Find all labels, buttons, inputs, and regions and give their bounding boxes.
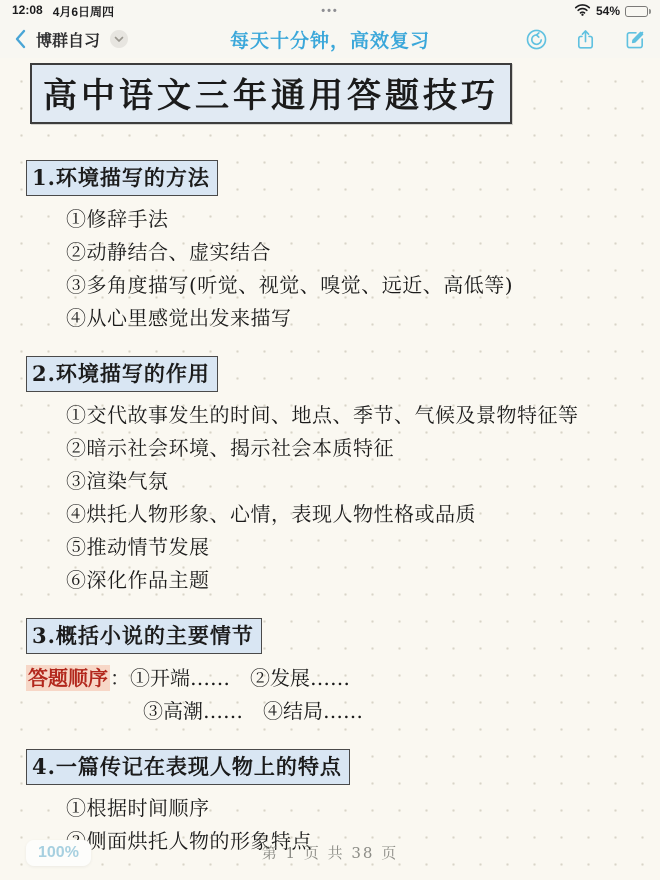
list-item: ⑤推动情节发展 xyxy=(66,531,660,564)
nav-bar: 博群自习 每天十分钟，高效复习 xyxy=(0,20,660,58)
note-page[interactable]: 高中语文三年通用答题技巧 1.环境描写的方法 ①修辞手法 ②动静结合、虚实结合 … xyxy=(0,58,660,880)
section-env-methods: 1.环境描写的方法 ①修辞手法 ②动静结合、虚实结合 ③多角度描写(听觉、视觉、… xyxy=(0,160,660,335)
list-item: ④从心里感觉出发来描写 xyxy=(66,302,660,335)
list-item: ③渲染气氛 xyxy=(66,465,660,498)
section-heading: 4.一篇传记在表现人物上的特点 xyxy=(26,749,350,785)
section-heading: 2.环境描写的作用 xyxy=(26,356,218,392)
status-time: 12:08 xyxy=(12,3,43,20)
list-item: ⑥深化作品主题 xyxy=(66,564,660,597)
battery-percent: 54% xyxy=(596,4,620,18)
answer-order-colon: ： xyxy=(110,666,130,690)
answer-order-label: 答题顺序 xyxy=(26,665,110,691)
undo-icon[interactable] xyxy=(525,28,548,51)
ipad-screen: 12:08 4月6日周四 ••• 54% xyxy=(0,0,660,880)
section-env-functions: 2.环境描写的作用 ①交代故事发生的时间、地点、季节、气候及景物特征等 ②暗示社… xyxy=(0,356,660,597)
wifi-icon xyxy=(574,3,591,19)
banner-text: 每天十分钟，高效复习 xyxy=(204,26,456,53)
answer-line: ③高潮…… ④结局…… xyxy=(143,695,660,728)
back-button[interactable] xyxy=(14,29,26,49)
list-item: ②动静结合、虚实结合 xyxy=(66,236,660,269)
answer-line: ①开端…… ②发展…… xyxy=(130,666,350,690)
list-item: ③多角度描写(听觉、视觉、嗅觉、远近、高低等) xyxy=(66,269,660,302)
document-title[interactable]: 博群自习 xyxy=(36,28,100,51)
compose-icon[interactable] xyxy=(623,28,646,51)
list-item: ①根据时间顺序 xyxy=(66,792,660,825)
section-heading: 1.环境描写的方法 xyxy=(26,160,218,196)
list-item: ①交代故事发生的时间、地点、季节、气候及景物特征等 xyxy=(66,399,660,432)
battery-icon xyxy=(625,6,648,17)
section-plot-summary: 3.概括小说的主要情节 答题顺序：①开端…… ②发展…… ③高潮…… ④结局…… xyxy=(0,618,660,728)
section-heading: 3.概括小说的主要情节 xyxy=(26,618,262,654)
status-bar: 12:08 4月6日周四 ••• 54% xyxy=(0,0,660,20)
page-title: 高中语文三年通用答题技巧 xyxy=(30,63,512,124)
list-item: ④烘托人物形象、心情，表现人物性格或品质 xyxy=(66,498,660,531)
multitask-indicator[interactable]: ••• xyxy=(232,5,428,17)
list-item: ②暗示社会环境、揭示社会本质特征 xyxy=(66,432,660,465)
share-icon[interactable] xyxy=(574,28,597,51)
chevron-down-icon[interactable] xyxy=(110,30,128,48)
status-date: 4月6日周四 xyxy=(53,3,114,20)
page-indicator: 第 1 页 共 38 页 xyxy=(0,842,660,863)
list-item: ①修辞手法 xyxy=(66,203,660,236)
